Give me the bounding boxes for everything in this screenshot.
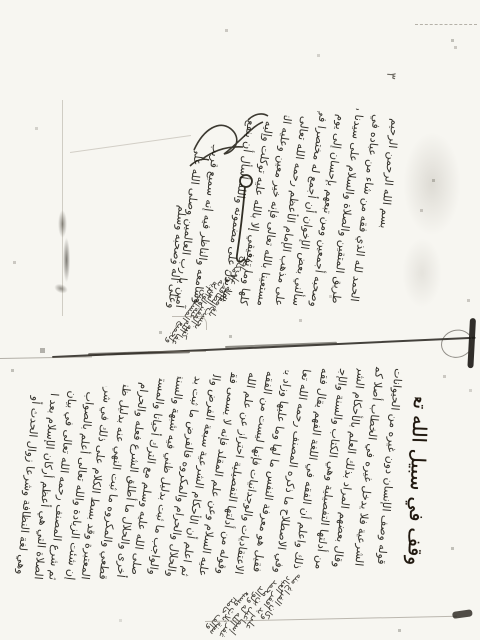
top-edge-crease (415, 24, 477, 25)
waqf-inscription: وقف في سبيل الله تعالى (401, 397, 433, 566)
paper-stain (402, 238, 442, 308)
bottom-ink-blob (452, 609, 473, 619)
gutter-crease-faint (0, 356, 92, 359)
ink-smudge (58, 210, 67, 238)
paper-stain (403, 132, 461, 236)
ink-smudge (63, 238, 70, 282)
crease-hook-mark (172, 316, 207, 330)
page-number: ٣ (382, 56, 400, 80)
diagonal-fold-line (70, 135, 191, 153)
gutter-crease-dash (148, 351, 206, 352)
ink-smudge (53, 282, 69, 295)
paper-speckles (0, 0, 1, 1)
manuscript-scan-page: ٣ بسم الله الرحمن الرحيم وبه نستعينالحمد… (0, 0, 480, 640)
